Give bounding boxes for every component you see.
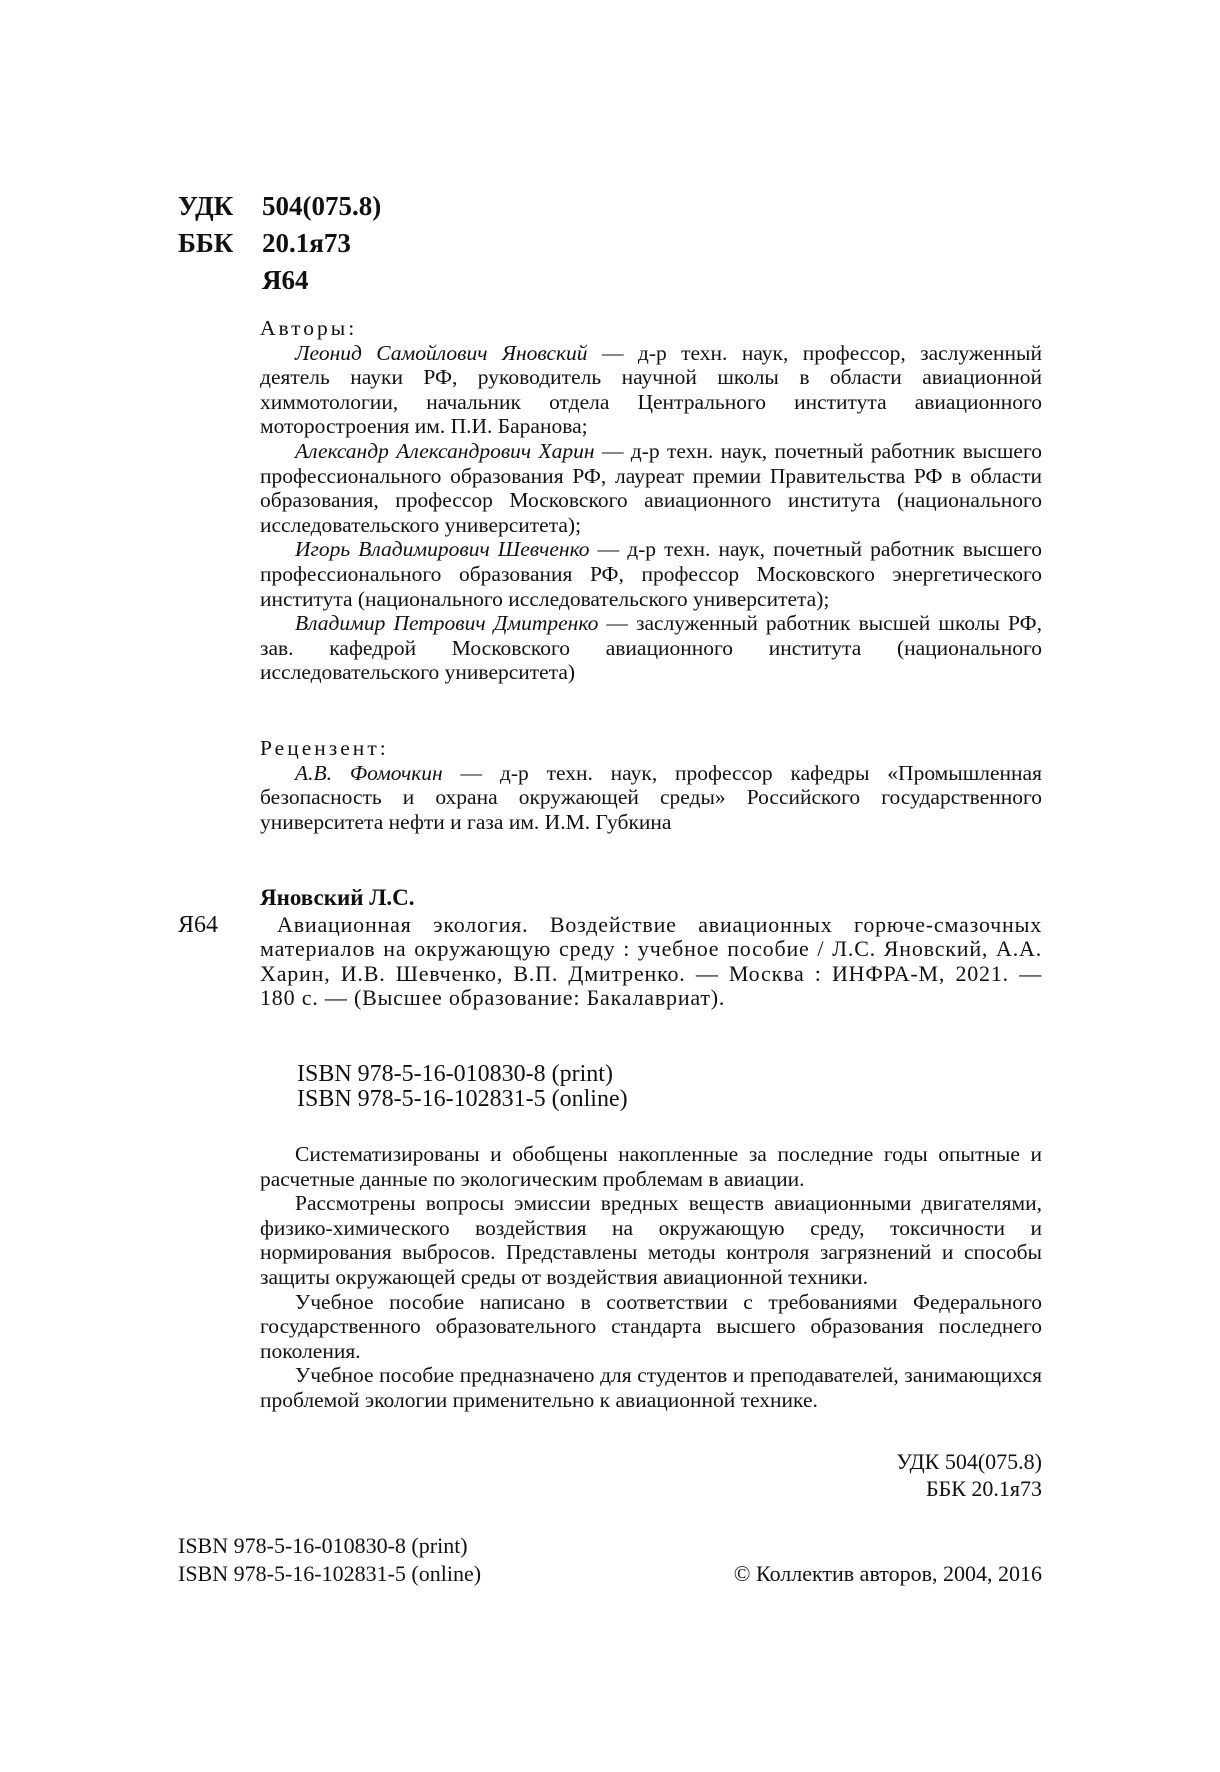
bottom-codes: УДК 504(075.8) ББК 20.1я73 [896, 1448, 1042, 1502]
biblio-isbn: ISBN 978-5-16-010830-8 (print) ISBN 978-… [297, 1062, 628, 1112]
footer-isbn-online: ISBN 978-5-16-102831-5 (online) [178, 1560, 481, 1588]
author-name: Леонид Самойлович Яновский [295, 341, 588, 365]
bibliographic-record: Яновский Л.С. Авиационная экология. Возд… [260, 883, 1042, 1011]
author-name: Александр Александрович Харин [295, 439, 595, 463]
author-entry: Александр Александрович Харин — д-р техн… [260, 439, 1042, 537]
udk-label: УДК [178, 188, 262, 225]
isbn-print: ISBN 978-5-16-010830-8 (print) [297, 1062, 628, 1087]
udk-value: 504(075.8) [262, 188, 381, 225]
biblio-description: Авиационная экология. Воздействие авиаци… [260, 913, 1042, 1011]
abstract-paragraph: Учебное пособие написано в соответствии … [260, 1290, 1042, 1364]
bbk-label: ББК [178, 225, 262, 262]
author-entry: Игорь Владимирович Шевченко — д-р техн. … [260, 537, 1042, 611]
main-author: Яновский Л.С. [260, 883, 1042, 913]
isbn-online: ISBN 978-5-16-102831-5 (online) [297, 1087, 628, 1112]
abstract: Систематизированы и обобщены накопленные… [260, 1142, 1042, 1413]
bottom-udk: УДК 504(075.8) [896, 1448, 1042, 1475]
copyright: © Коллектив авторов, 2004, 2016 [734, 1560, 1042, 1588]
footer-isbn-print: ISBN 978-5-16-010830-8 (print) [178, 1532, 481, 1560]
abstract-paragraph: Учебное пособие предназначено для студен… [260, 1363, 1042, 1412]
bbk-value: 20.1я73 [262, 225, 351, 262]
reviewer-entry: А.В. Фомочкин — д-р техн. наук, профессо… [260, 761, 1042, 835]
reviewer-name: А.В. Фомочкин [295, 761, 443, 785]
abstract-paragraph: Рассмотрены вопросы эмиссии вредных веще… [260, 1191, 1042, 1289]
bottom-bbk: ББК 20.1я73 [896, 1475, 1042, 1502]
biblio-code: Я64 [178, 912, 218, 939]
abstract-paragraph: Систематизированы и обобщены накопленные… [260, 1142, 1042, 1191]
author-code: Я64 [262, 262, 309, 299]
author-name: Игорь Владимирович Шевченко [295, 537, 590, 561]
reviewer-heading: Рецензент: [260, 736, 1042, 761]
author-name: Владимир Петрович Дмитренко [295, 611, 598, 635]
classification-codes: УДК504(075.8) ББК20.1я73 Я64 [178, 188, 381, 299]
author-entry: Владимир Петрович Дмитренко — заслуженны… [260, 611, 1042, 685]
footer-isbn: ISBN 978-5-16-010830-8 (print) ISBN 978-… [178, 1532, 481, 1588]
authors-heading: Авторы: [260, 316, 1042, 341]
authors-section: Авторы: Леонид Самойлович Яновский — д-р… [260, 316, 1042, 685]
reviewer-section: Рецензент: А.В. Фомочкин — д-р техн. нау… [260, 736, 1042, 834]
author-entry: Леонид Самойлович Яновский — д-р техн. н… [260, 341, 1042, 439]
